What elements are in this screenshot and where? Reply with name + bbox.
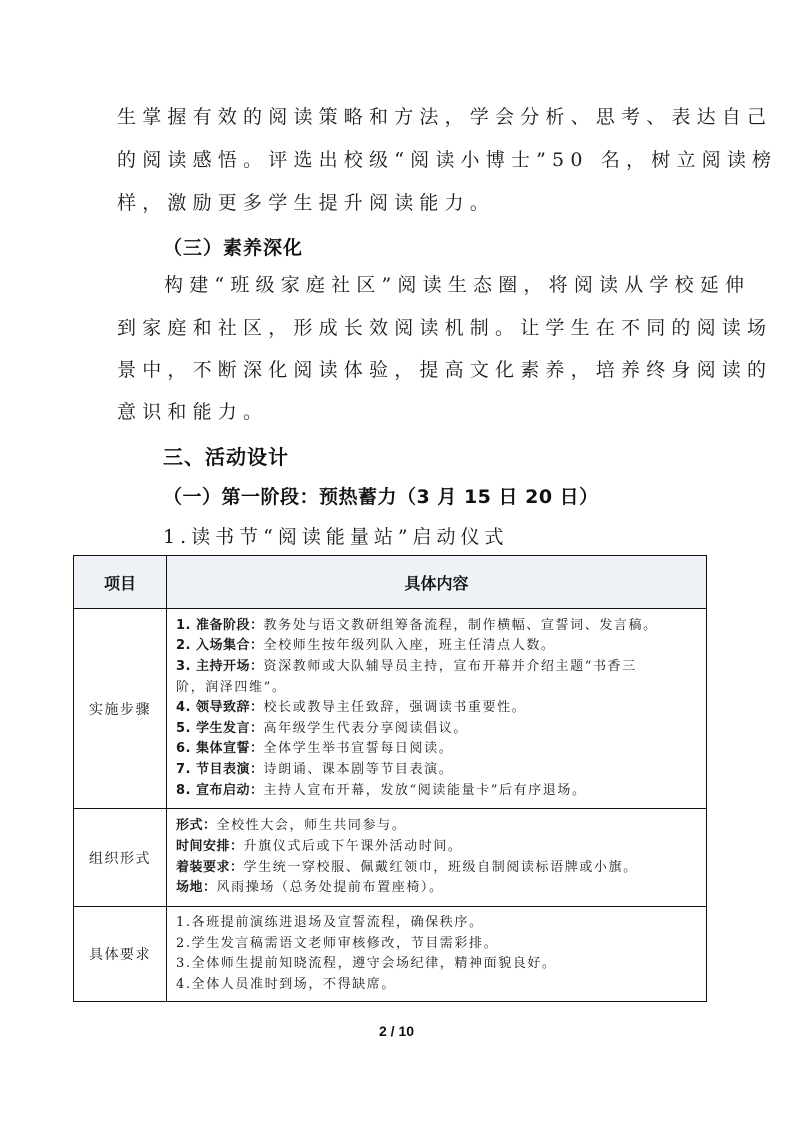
row-content: 形式：全校性大会，师生共同参与。 时间安排：升旗仪式后或下午课外活动时间。 着装…	[167, 809, 707, 907]
paragraph-line: 景中，不断深化阅读体验，提高文化素养，培养终身阅读的	[117, 358, 677, 382]
detail-line: 场地：风雨操场（总务处提前布置座椅）。	[176, 878, 698, 899]
row-label: 组织形式	[74, 809, 167, 907]
paragraph-line: 构建“班级家庭社区”阅读生态圈，将阅读从学校延伸	[164, 273, 684, 297]
detail-line: 形式：全校性大会，师生共同参与。	[176, 816, 698, 837]
row-label: 具体要求	[74, 907, 167, 1002]
phase-heading: （一）第一阶段：预热蓄力（3 月 15 日 20 日）	[163, 482, 599, 509]
table-row: 具体要求 1.各班提前演练进退场及宣誓流程，确保秩序。 2.学生发言稿需语文老师…	[74, 907, 707, 1002]
step-line: 阶，润泽四维”。	[176, 678, 698, 699]
paragraph-line: 意识和能力。	[117, 400, 677, 424]
table-row: 实施步骤 1. 准备阶段：教务处与语文教研组筹备流程，制作横幅、宣誓词、发言稿。…	[74, 609, 707, 809]
detail-line: 时间安排：升旗仪式后或下午课外活动时间。	[176, 837, 698, 858]
paragraph-line: 样，激励更多学生提升阅读能力。	[117, 191, 677, 215]
table-row: 组织形式 形式：全校性大会，师生共同参与。 时间安排：升旗仪式后或下午课外活动时…	[74, 809, 707, 907]
table-header-content: 具体内容	[167, 556, 707, 609]
row-content: 1. 准备阶段：教务处与语文教研组筹备流程，制作横幅、宣誓词、发言稿。 2. 入…	[167, 609, 707, 809]
requirement-line: 1.各班提前演练进退场及宣誓流程，确保秩序。	[176, 913, 698, 934]
paragraph-line: 的阅读感悟。评选出校级“阅读小博士”50 名，树立阅读榜	[117, 148, 677, 172]
item-title: 1.读书节“阅读能量站”启动仪式	[163, 522, 509, 549]
page-indicator: 2 / 10	[0, 1023, 793, 1039]
step-line: 5. 学生发言：高年级学生代表分享阅读倡议。	[176, 719, 698, 740]
step-line: 2. 入场集合：全校师生按年级列队入座，班主任清点人数。	[176, 636, 698, 657]
step-line: 6. 集体宣誓：全体学生举书宣誓每日阅读。	[176, 739, 698, 760]
step-line: 8. 宣布启动：主持人宣布开幕，发放“阅读能量卡”后有序退场。	[176, 781, 698, 802]
detail-line: 着装要求：学生统一穿校服、佩戴红领巾，班级自制阅读标语牌或小旗。	[176, 858, 698, 879]
document-page: 生掌握有效的阅读策略和方法，学会分析、思考、表达自己 的阅读感悟。评选出校级“阅…	[0, 0, 793, 1122]
table-header-item: 项目	[74, 556, 167, 609]
paragraph-line: 到家庭和社区，形成长效阅读机制。让学生在不同的阅读场	[117, 316, 677, 340]
step-line: 3. 主持开场：资深教师或大队辅导员主持，宣布开幕并介绍主题“书香三	[176, 657, 698, 678]
requirement-line: 2.学生发言稿需语文老师审核修改，节目需彩排。	[176, 934, 698, 955]
table-header-row: 项目 具体内容	[74, 556, 707, 609]
requirement-line: 3.全体师生提前知晓流程，遵守会场纪律，精神面貌良好。	[176, 954, 698, 975]
step-line: 4. 领导致辞：校长或教导主任致辞，强调读书重要性。	[176, 698, 698, 719]
requirement-line: 4.全体人员准时到场，不得缺席。	[176, 975, 698, 996]
section-heading: （三）素养深化	[163, 233, 303, 260]
activity-table: 项目 具体内容 实施步骤 1. 准备阶段：教务处与语文教研组筹备流程，制作横幅、…	[73, 555, 707, 1002]
step-line: 7. 节目表演：诗朗诵、课本剧等节目表演。	[176, 760, 698, 781]
row-label: 实施步骤	[74, 609, 167, 809]
row-content: 1.各班提前演练进退场及宣誓流程，确保秩序。 2.学生发言稿需语文老师审核修改，…	[167, 907, 707, 1002]
paragraph-line: 生掌握有效的阅读策略和方法，学会分析、思考、表达自己	[117, 105, 677, 129]
step-line: 1. 准备阶段：教务处与语文教研组筹备流程，制作横幅、宣誓词、发言稿。	[176, 616, 698, 637]
main-heading: 三、活动设计	[163, 441, 289, 470]
